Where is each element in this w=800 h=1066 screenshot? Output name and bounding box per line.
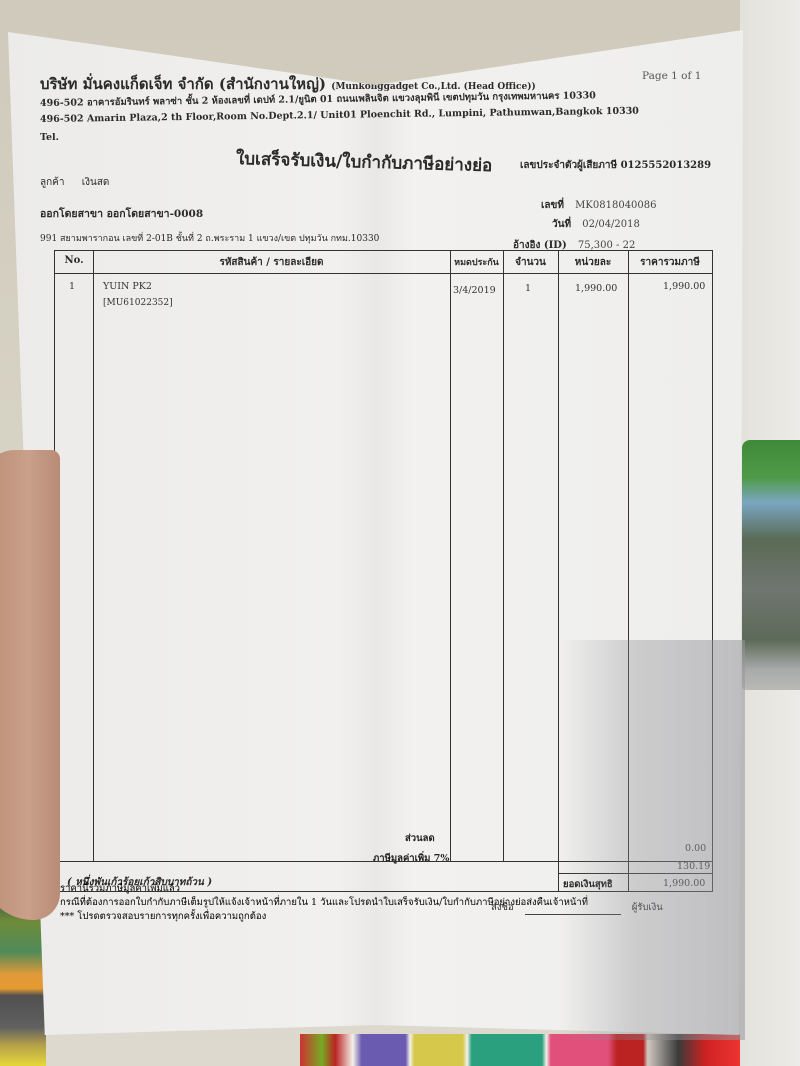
- footer-notes: ราคานี้รวมภาษีมูลค่าเพิ่มแล้ว กรณีที่ต้อ…: [60, 882, 588, 924]
- header-unit-price: หน่วยละ: [558, 255, 628, 270]
- column-divider: [450, 251, 451, 861]
- discount-label: ส่วนลด: [405, 831, 435, 846]
- document-number: เลขที่ MK0818040086: [541, 198, 657, 213]
- tax-id-label: เลขประจำตัวผู้เสียภาษี: [520, 160, 617, 171]
- document-title: ใบเสร็จรับเงิน/ใบกำกับภาษีอย่างย่อ: [236, 145, 493, 179]
- document-date-value: 02/04/2018: [582, 219, 640, 230]
- footer-note-check: *** โปรดตรวจสอบรายการทุกครั้งเพื่อความถู…: [60, 910, 588, 924]
- customer-value: เงินสด: [82, 177, 110, 188]
- document-number-value: MK0818040086: [575, 200, 656, 211]
- customer-label: ลูกค้า: [40, 177, 65, 188]
- page-indicator: Page 1 of 1: [642, 70, 701, 82]
- header-warranty: หมดประกัน: [450, 255, 503, 269]
- footer-note-full-invoice: กรณีที่ต้องการออกใบกำกับภาษีเต็มรูปให้แจ…: [60, 896, 588, 910]
- net-value: 1,990.00: [663, 878, 705, 889]
- issuing-branch: ออกโดยสาขา ออกโดยสาขา-0008: [40, 205, 203, 222]
- discount-value: 0.00: [685, 843, 706, 854]
- items-table: No. รหัสสินค้า / รายละเอียด หมดประกัน จำ…: [54, 250, 713, 892]
- tax-id-value: 0125552013289: [621, 160, 711, 171]
- background-product-box: [742, 440, 800, 690]
- header-total: ราคารวมภาษี: [628, 255, 712, 270]
- document-number-label: เลขที่: [541, 200, 564, 211]
- column-divider: [558, 251, 559, 891]
- vat-label: ภาษีมูลค่าเพิ่ม 7%: [373, 851, 449, 866]
- row-total: 1,990.00: [663, 281, 705, 292]
- header-qty: จำนวน: [503, 255, 558, 270]
- row-qty: 1: [525, 283, 531, 294]
- column-divider: [93, 251, 94, 861]
- vat-value: 130.19: [677, 861, 710, 872]
- background-packages-bottom: [300, 1034, 740, 1066]
- company-name-th: บริษัท มั่นคงแก็ดเจ็ท จำกัด (สำนักงานใหญ…: [40, 75, 326, 93]
- tax-id: เลขประจำตัวผู้เสียภาษี 0125552013289: [520, 158, 711, 173]
- row-item: YUIN PK2: [103, 281, 152, 292]
- receiver-label: ผู้รับเงิน: [632, 902, 663, 913]
- customer: ลูกค้า เงินสด: [40, 175, 123, 190]
- column-divider: [628, 251, 629, 891]
- summary-divider: [558, 873, 712, 874]
- footer-note-vat-included: ราคานี้รวมภาษีมูลค่าเพิ่มแล้ว: [60, 882, 588, 896]
- row-warranty-end: 3/4/2019: [453, 285, 496, 296]
- column-divider: [503, 251, 504, 861]
- row-no: 1: [69, 281, 75, 292]
- header-item: รหัสสินค้า / รายละเอียด: [93, 255, 450, 270]
- branch-address: 991 สยามพารากอน เลขที่ 2-01B ชั้นที่ 2 ถ…: [40, 231, 379, 245]
- header-no: No.: [55, 255, 93, 266]
- summary-divider: [55, 861, 712, 862]
- header-divider: [55, 273, 712, 274]
- background-hand: [0, 450, 60, 920]
- document-date: วันที่ 02/04/2018: [552, 217, 640, 232]
- document-date-label: วันที่: [552, 219, 571, 230]
- company-tel: Tel.: [40, 132, 59, 143]
- row-unit-price: 1,990.00: [575, 283, 617, 294]
- row-serial: [MU61022352]: [103, 298, 173, 308]
